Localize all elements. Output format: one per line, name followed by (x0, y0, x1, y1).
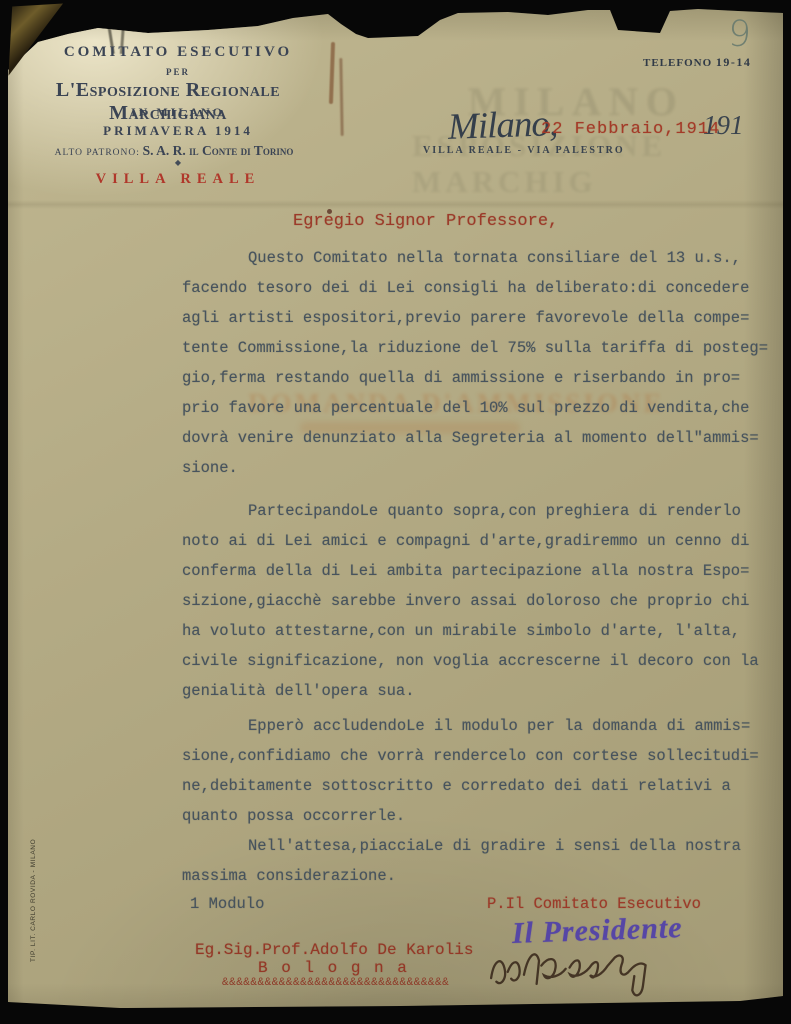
body-line: sione. (182, 453, 788, 483)
body-line: Questo Comitato nella tornata consiliare… (182, 243, 788, 273)
letter-paper: MILANO ESPOSIZIONE MARCHIG DOMANDA D'AMM… (0, 0, 791, 1024)
body-line: dovrà venire denunziato alla Segreteria … (182, 423, 788, 453)
patron-label: ALTO PATRONO: (55, 148, 140, 158)
president-signature (481, 929, 676, 1017)
body-line: sione,confidiamo che vorrà rendercelo co… (182, 741, 788, 771)
body-line: ha voluto attestarne,con un mirabile sim… (182, 616, 788, 646)
typed-flourish: &&&&&&&&&&&&&&&&&&&&&&&&&&&&&&&& (222, 977, 449, 989)
paper-crease (8, 200, 783, 209)
letterhead-per: PER (58, 67, 298, 77)
paragraph: Epperò accludendoLe il modulo per la dom… (182, 711, 788, 831)
paragraph: Questo Comitato nella tornata consiliare… (182, 243, 788, 483)
photographed-letter: MILANO ESPOSIZIONE MARCHIG DOMANDA D'AMM… (0, 0, 791, 1024)
body-line: sizione,giacchè sarebbe invero assai dol… (182, 586, 788, 616)
body-line: Epperò accludendoLe il modulo per la dom… (182, 711, 788, 741)
ink-blot (327, 209, 332, 214)
body-line: prio favore una percentuale del 10% sul … (182, 393, 788, 423)
printer-imprint: TIP. LIT. CARLO ROVIDA - MILANO (30, 839, 37, 962)
body-line: civile significazione, non voglia accres… (182, 646, 788, 676)
signing-office: P.Il Comitato Esecutivo (487, 895, 701, 913)
telephone-number: 19-14 (716, 55, 752, 69)
telephone-label: TELEFONO (643, 57, 712, 69)
body-line: ne,debitamente sottoscritto e corredato … (182, 771, 788, 801)
salutation: Egregio Signor Professore, (293, 212, 558, 231)
letterhead-committee: COMITATO ESECUTIVO (58, 44, 298, 61)
body-line: noto ai di Lei amici e compagni d'arte,g… (182, 526, 788, 556)
diamond-ornament-icon: ◆ (58, 158, 298, 167)
patron-name: S. A. R. il Conte di Torino (143, 143, 294, 158)
letterhead-patron: ALTO PATRONO: S. A. R. il Conte di Torin… (14, 143, 334, 159)
body-line: Nell'attesa,piacciaLe di gradire i sensi… (182, 831, 788, 861)
letter-body: Questo Comitato nella tornata consiliare… (182, 243, 788, 891)
body-line: massima considerazione. (182, 861, 788, 891)
body-line: gio,ferma restando quella di ammissione … (182, 363, 788, 393)
telephone-line: TELEFONO 19-14 (643, 55, 751, 70)
archival-page-number: 9 (727, 13, 753, 55)
body-line: conferma della di Lei ambita partecipazi… (182, 556, 788, 586)
recipient-name: Eg.Sig.Prof.Adolfo De Karolis (195, 941, 473, 959)
body-line: agli artisti espositori,previo parere fa… (182, 303, 788, 333)
recipient-city: B o l o g n a (258, 959, 409, 977)
paragraph: Nell'attesa,piacciaLe di gradire i sensi… (182, 831, 788, 891)
body-line: facendo tesoro dei di Lei consigli ha de… (182, 273, 788, 303)
paragraph: PartecipandoLe quanto sopra,con preghier… (182, 496, 788, 706)
dateline-printed-year: 191 (703, 110, 744, 141)
body-line: PartecipandoLe quanto sopra,con preghier… (182, 496, 788, 526)
ink-stain (339, 58, 343, 136)
dateline-typed-date: 22 Febbraio,1914 (541, 120, 720, 139)
letterhead-season: PRIMAVERA 1914 (58, 123, 298, 139)
signature-scribble (481, 929, 675, 1012)
letterhead-city: IN MILANO (58, 105, 298, 120)
body-line: tente Commissione,la riduzione del 75% s… (182, 333, 788, 363)
letterhead-venue: VILLA REALE (58, 171, 298, 188)
dateline-address: VILLA REALE - VIA PALESTRO (423, 145, 625, 156)
ink-stain (329, 42, 335, 104)
body-line: quanto possa occorrerle. (182, 801, 788, 831)
body-line: genialità dell'opera sua. (182, 676, 788, 706)
enclosure-note: 1 Modulo (190, 895, 264, 913)
